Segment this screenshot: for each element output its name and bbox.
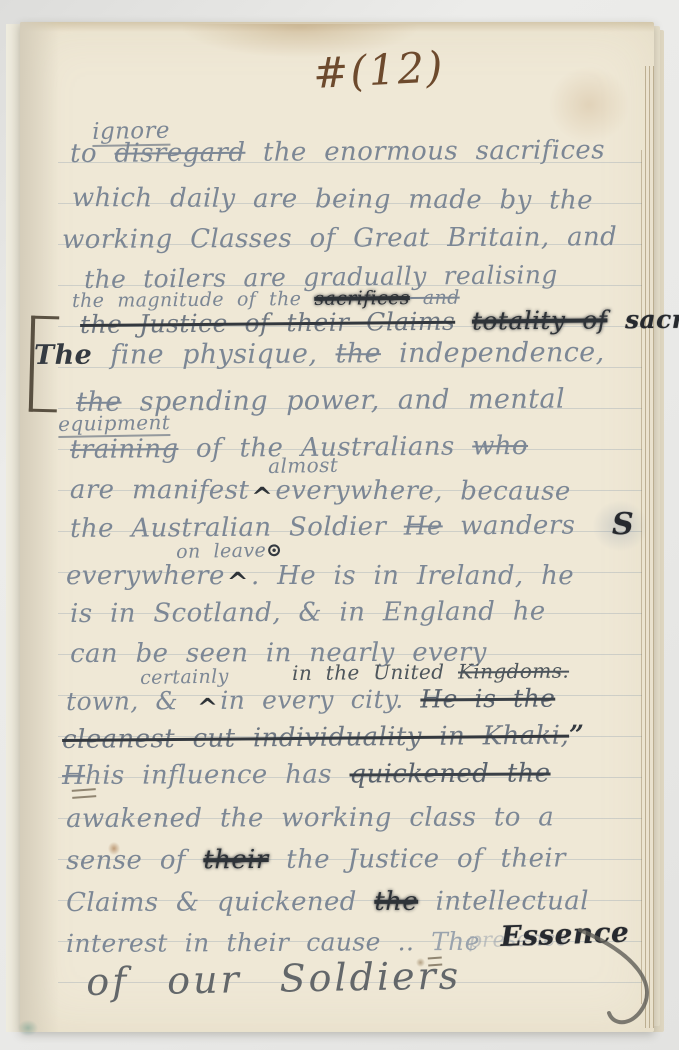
handwritten-line: interest in their cause .. The bbox=[66, 929, 480, 957]
handwriting-segment: in the United bbox=[292, 660, 458, 685]
handwriting-segment: spending power, and mental bbox=[121, 384, 565, 418]
handwriting-segment: He is the bbox=[420, 684, 555, 714]
double-underline-mark bbox=[428, 957, 443, 967]
handwriting-segment: ⊙ bbox=[266, 539, 283, 561]
handwritten-line: equipment bbox=[58, 412, 170, 435]
page-number: #(12) bbox=[312, 45, 446, 96]
handwritten-line: sense of their the Justice of their bbox=[66, 845, 566, 875]
handwriting-segment: interest in their cause .. bbox=[66, 927, 431, 958]
handwriting-segment: and bbox=[410, 287, 460, 309]
handwritten-line: to disregard the enormous sacrifices bbox=[70, 137, 605, 168]
handwriting-segment: sacrifices bbox=[607, 304, 679, 334]
handwriting-segment: their bbox=[203, 845, 268, 875]
handwritten-line: everywhere^. He is in Ireland, he bbox=[66, 563, 574, 597]
handwriting-segment: sense of bbox=[66, 845, 203, 876]
handwritten-line: cleanest cut individuality in Khaki,” bbox=[62, 722, 585, 754]
double-underline-mark bbox=[72, 788, 97, 799]
handwriting-segment: the bbox=[335, 338, 381, 369]
handwritten-line: on leave⊙ bbox=[176, 541, 283, 563]
handwriting-segment: disregard bbox=[114, 138, 245, 169]
handwritten-line: awakened the working class to a bbox=[66, 804, 554, 833]
handwriting-segment: the enormous sacrifices bbox=[245, 135, 605, 168]
handwritten-line: The fine physique, the independence, bbox=[34, 339, 605, 370]
handwriting-segment: ^ bbox=[195, 693, 221, 722]
manuscript-layer: #(12) ignoreto disregard the enormous sa… bbox=[0, 0, 679, 1050]
handwriting-segment: independence, bbox=[381, 337, 605, 369]
handwritten-line: Claims & quickened the intellectual bbox=[66, 888, 589, 917]
handwriting-segment: are manifest bbox=[70, 475, 249, 506]
handwritten-line: the Australian Soldier He wanders bbox=[70, 512, 575, 543]
handwritten-line: the Justice of their Claims totality of … bbox=[80, 306, 679, 338]
handwritten-line: town, & ^in every city. He is the bbox=[66, 686, 555, 723]
handwriting-segment: training bbox=[70, 434, 179, 465]
handwriting-segment bbox=[455, 307, 472, 336]
handwriting-segment: intellectual bbox=[418, 886, 589, 917]
handwriting-segment: the Justice of their bbox=[269, 843, 566, 875]
handwriting-segment: The bbox=[431, 927, 480, 956]
handwritten-line: which daily are being made by the bbox=[72, 185, 593, 215]
handwriting-segment: working Classes of Great Britain, and bbox=[62, 222, 617, 255]
handwriting-segment: fine physique, bbox=[92, 338, 336, 370]
handwritten-line: S bbox=[612, 509, 634, 541]
handwriting-segment: the Justice of their Claims bbox=[80, 307, 455, 339]
handwritten-line: in the United Kingdoms. bbox=[292, 661, 569, 684]
handwriting-segment: everywhere, because bbox=[275, 476, 570, 507]
handwriting-segment: Claims & quickened bbox=[66, 887, 374, 918]
handwriting-segment: cleanest cut individuality in Khaki, bbox=[62, 721, 569, 755]
handwritten-line: is in Scotland, & in England he bbox=[70, 599, 546, 629]
scanned-manuscript-scene: #(12) ignoreto disregard the enormous sa… bbox=[0, 0, 679, 1050]
handwriting-segment: which daily are being made by the bbox=[72, 183, 593, 216]
handwritten-line: working Classes of Great Britain, and bbox=[62, 224, 617, 254]
flourish-stroke bbox=[566, 912, 676, 1034]
handwriting-segment: in every city. bbox=[220, 685, 420, 715]
handwriting-segment: ^ bbox=[225, 568, 251, 598]
handwritten-line: Hhis influence has quickened the bbox=[62, 760, 551, 790]
handwriting-segment: to bbox=[70, 139, 115, 169]
handwriting-segment: is in Scotland, & in England he bbox=[70, 597, 546, 629]
handwriting-segment: almost bbox=[268, 453, 338, 478]
handwriting-segment: H bbox=[62, 761, 85, 791]
handwriting-segment: ” bbox=[569, 720, 585, 750]
handwriting-segment: his influence has bbox=[85, 759, 349, 790]
handwriting-segment: quickened the bbox=[349, 758, 550, 789]
handwritten-line: of our Soldiers bbox=[86, 956, 462, 1002]
handwriting-segment: totality of bbox=[472, 305, 608, 335]
handwriting-segment: Kingdoms. bbox=[458, 659, 569, 684]
handwriting-segment: town, & bbox=[66, 686, 195, 716]
handwriting-segment: S bbox=[612, 507, 634, 542]
handwriting-segment: He bbox=[404, 511, 443, 541]
handwritten-line: are manifest^everywhere, because bbox=[70, 477, 571, 513]
handwriting-segment: wanders bbox=[443, 510, 576, 541]
handwritten-line: almost bbox=[268, 455, 338, 477]
handwriting-segment: . He is in Ireland, he bbox=[251, 561, 574, 591]
handwriting-segment: ^ bbox=[249, 483, 275, 513]
margin-bracket-mark bbox=[29, 316, 60, 413]
handwriting-segment: everywhere bbox=[66, 561, 225, 591]
handwriting-segment: the bbox=[374, 887, 418, 917]
handwriting-segment: awakened the working class to a bbox=[66, 802, 554, 834]
handwriting-segment: who bbox=[472, 431, 528, 461]
handwriting-segment: on leave bbox=[176, 539, 266, 563]
handwriting-segment: of our Soldiers bbox=[86, 953, 462, 1004]
